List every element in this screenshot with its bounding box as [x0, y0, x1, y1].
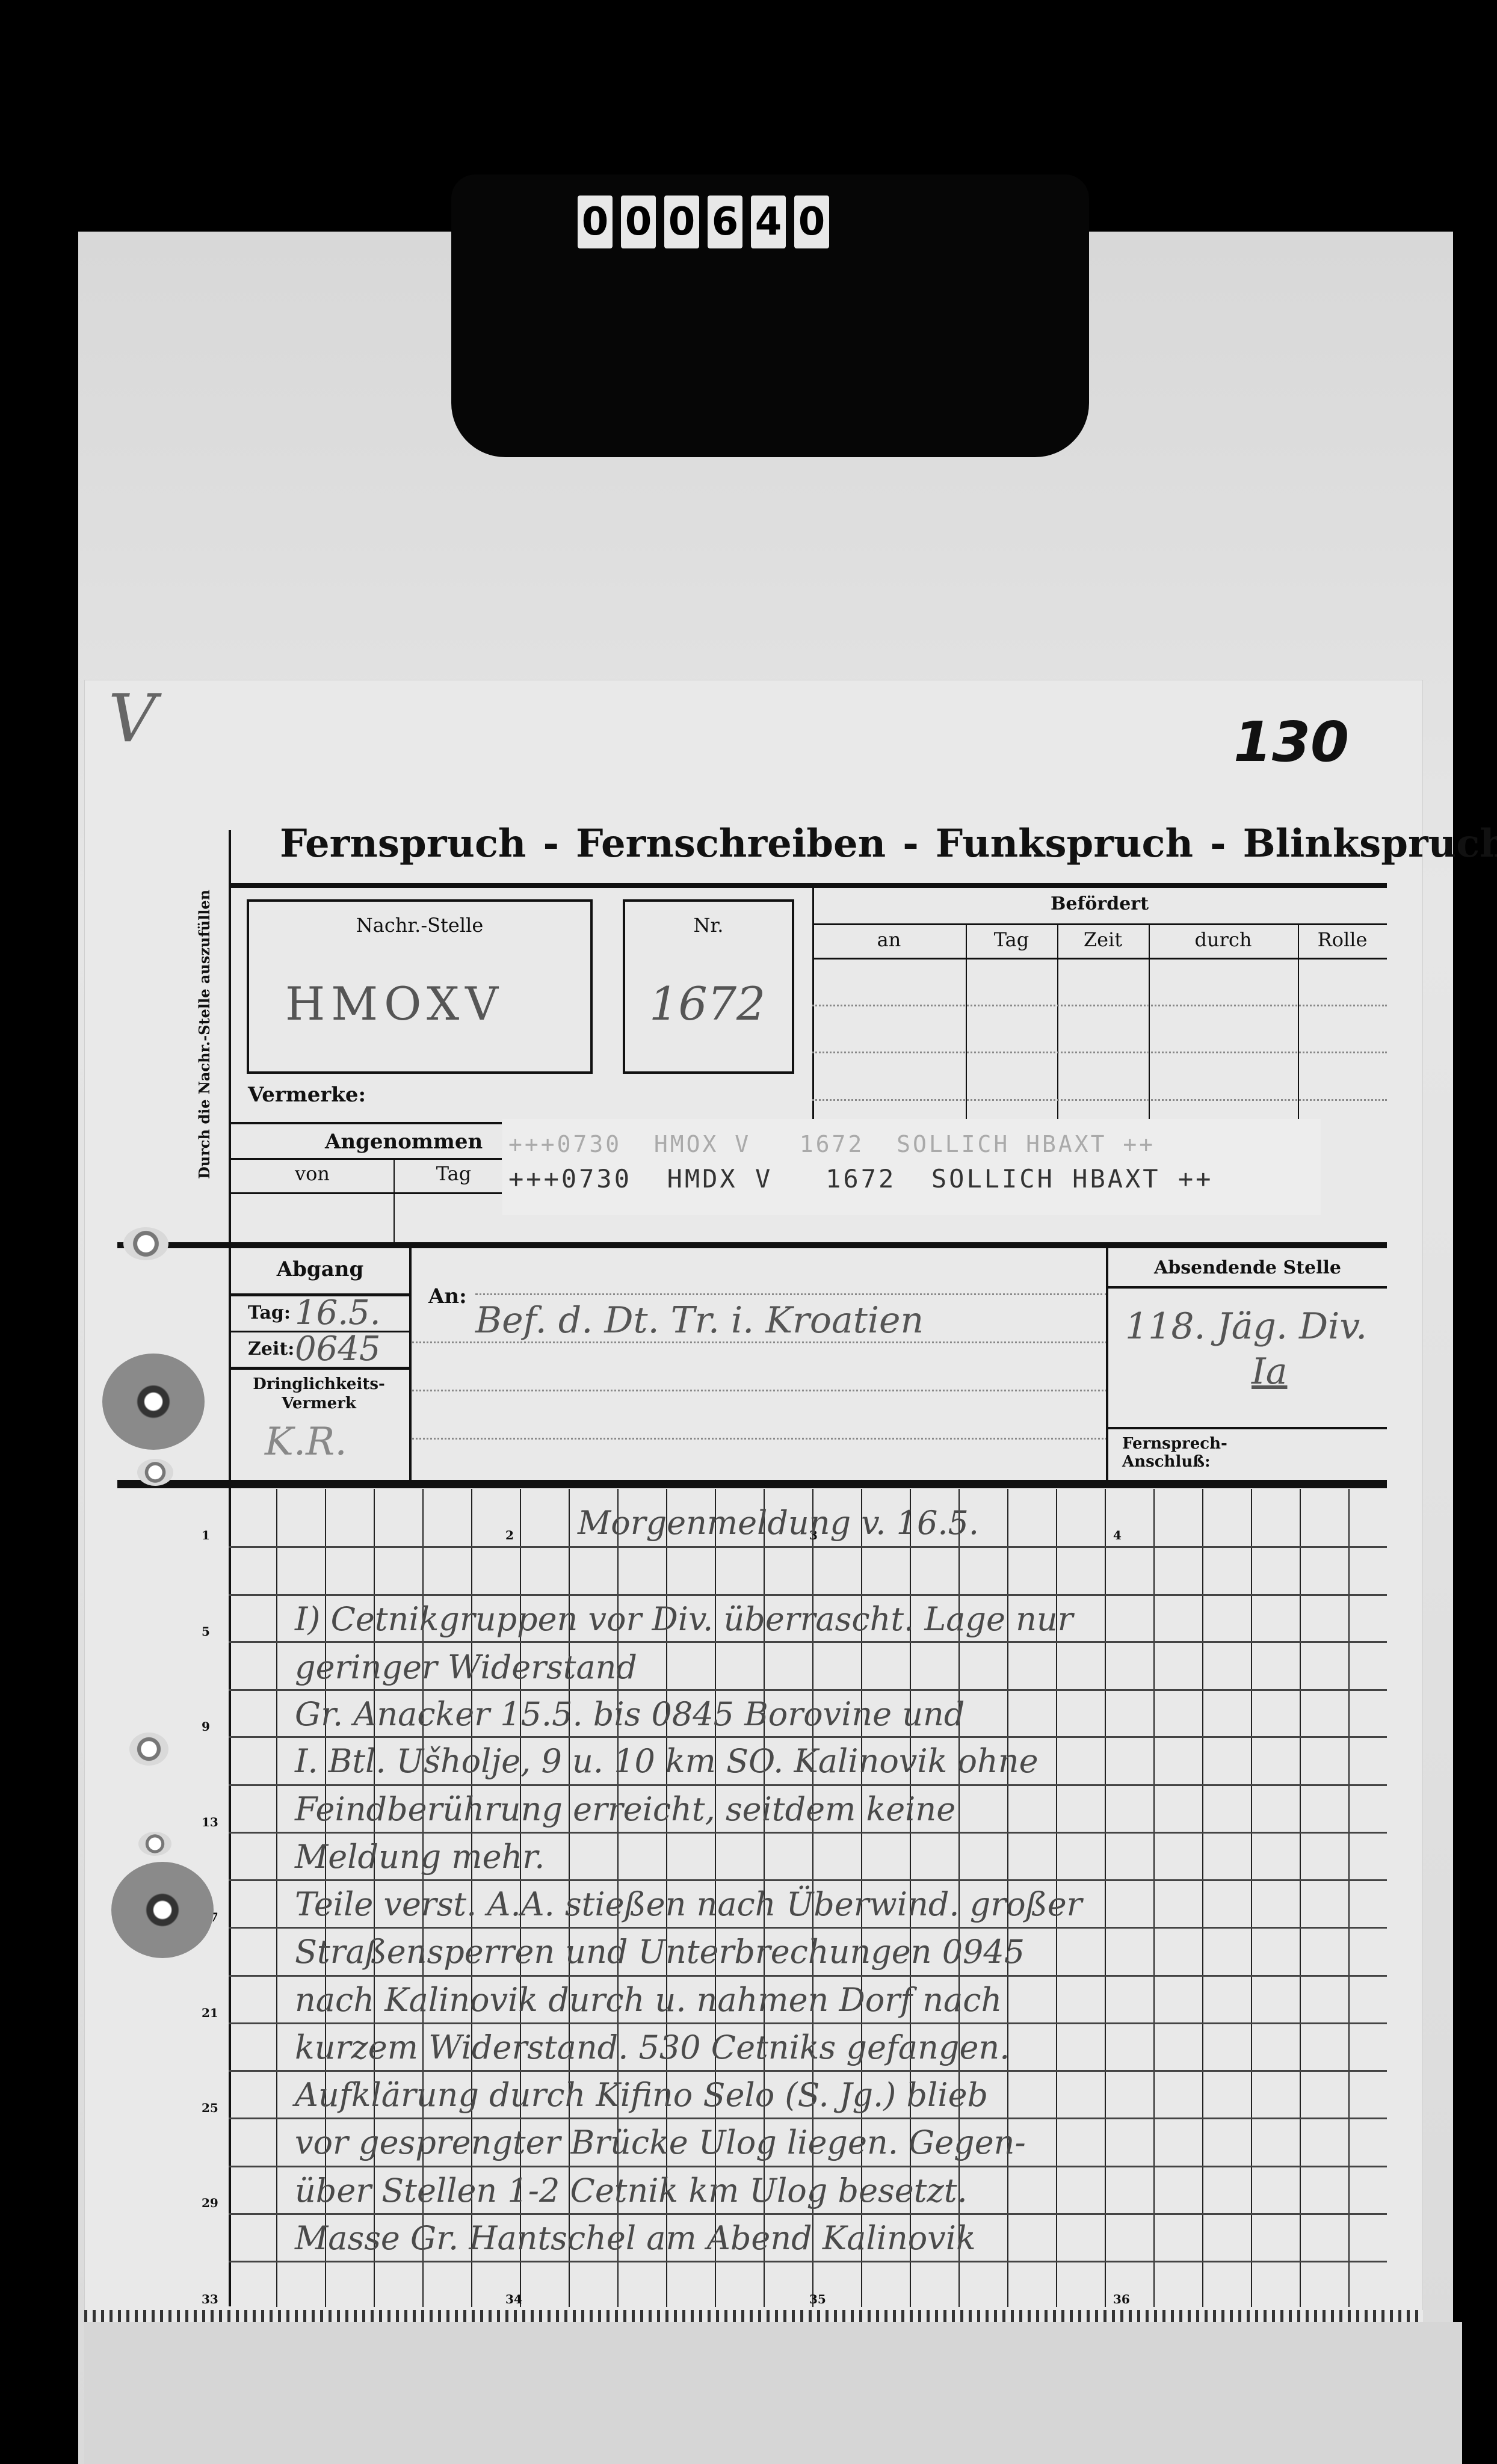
- rule: [229, 2022, 1387, 2024]
- absendende-stelle-label: Absendende Stelle: [1108, 1257, 1387, 1278]
- rule: [229, 1975, 1387, 1977]
- rule: [1149, 923, 1150, 1122]
- an-label: An:: [428, 1284, 467, 1308]
- rule: [229, 1641, 1387, 1643]
- row-number: 29: [202, 2196, 218, 2210]
- nr-box: Nr. 1672: [623, 899, 794, 1074]
- message-line: nach Kalinovik durch u. nahmen Dorf nach: [295, 1981, 1002, 2019]
- rule: [1108, 1427, 1387, 1429]
- page-number: 130: [1233, 710, 1349, 774]
- rule: [475, 1293, 1107, 1295]
- punch-hole: [129, 1732, 168, 1766]
- grid-number: 2: [505, 1528, 514, 1542]
- title-separator: -: [1210, 821, 1226, 866]
- punch-hole: [137, 1459, 173, 1486]
- rule: [812, 1052, 1387, 1053]
- grid-number: 4: [1113, 1528, 1122, 1542]
- rule: [1106, 1248, 1108, 1480]
- row-number: 13: [202, 1815, 218, 1829]
- dringlichkeit-value: K.R.: [265, 1420, 347, 1464]
- title-fernschreiben: Fernschreiben: [576, 821, 886, 866]
- col-rolle: Rolle: [1298, 928, 1387, 951]
- message-line: Gr. Anacker 15.5. bis 0845 Borovine und: [295, 1695, 965, 1733]
- nachr-stelle-box: Nachr.-Stelle HMOXV: [247, 899, 593, 1074]
- rule: [231, 1192, 502, 1194]
- col-an: an: [812, 928, 966, 951]
- counter-digit: 0: [578, 196, 613, 248]
- rule: [229, 1832, 1387, 1834]
- row-number: 5: [202, 1624, 210, 1639]
- rule: [229, 883, 1387, 888]
- rule: [231, 1158, 502, 1160]
- rule: [229, 1736, 1387, 1738]
- col-angenommen-tag: Tag: [394, 1162, 514, 1185]
- nachr-stelle-label: Nachr.-Stelle: [249, 914, 590, 937]
- nachr-stelle-value: HMOXV: [285, 977, 504, 1030]
- rule: [117, 1480, 1387, 1488]
- grid-number: 36: [1113, 2292, 1130, 2306]
- absendende-stelle-value: 118. Jäg. Div.: [1125, 1305, 1367, 1347]
- col-zeit: Zeit: [1057, 928, 1149, 951]
- grid-number: 35: [809, 2292, 826, 2306]
- row-number: 21: [202, 2006, 218, 2020]
- counter-digit: 4: [751, 196, 786, 248]
- side-note: Durch die Nachr.-Stelle auszufüllen: [196, 890, 213, 1179]
- col-tag: Tag: [966, 928, 1057, 951]
- title-separator: -: [903, 821, 919, 866]
- rule: [812, 923, 1387, 925]
- tag-label: Tag:: [248, 1302, 291, 1323]
- message-line: Meldung mehr.: [295, 1838, 545, 1876]
- teletype-strip: +++0730 HMOX V 1672 SOLLICH HBAXT ++ +++…: [502, 1119, 1321, 1215]
- message-line: Teile verst. A.A. stießen nach Überwind.…: [295, 1885, 1082, 1923]
- absendende-stelle-sub: Ia: [1252, 1351, 1287, 1393]
- vermerke-label: Vermerke:: [248, 1083, 366, 1107]
- rule: [229, 1689, 1387, 1691]
- row-number: 25: [202, 2101, 218, 2115]
- form-title: Fernspruch - Fernschreiben - Funkspruch …: [280, 821, 1497, 866]
- rule: [229, 2070, 1387, 2072]
- title-funkspruch: Funkspruch: [936, 821, 1193, 866]
- nr-label: Nr.: [625, 914, 792, 937]
- row-number: 1: [202, 1528, 210, 1542]
- counter-digit: 0: [794, 196, 829, 248]
- frame-counter: 0 0 0 6 4 0: [578, 196, 829, 248]
- rule: [229, 1879, 1387, 1881]
- counter-digit: 0: [664, 196, 699, 248]
- rule: [966, 923, 967, 1122]
- message-line: Aufklärung durch Kifino Selo (S. Jg.) bl…: [295, 2076, 988, 2114]
- rule: [229, 1488, 231, 2306]
- rule: [229, 1927, 1387, 1929]
- counter-digit: 0: [621, 196, 656, 248]
- row-number: 33: [202, 2292, 218, 2306]
- message-line: geringer Widerstand: [295, 1648, 637, 1686]
- an-value: Bef. d. Dt. Tr. i. Kroatien: [475, 1299, 924, 1341]
- title-separator: -: [543, 821, 559, 866]
- counter-digit: 6: [708, 196, 742, 248]
- rule: [812, 958, 1387, 959]
- rule: [412, 1341, 1107, 1343]
- teletype-line-faint: +++0730 HMOX V 1672 SOLLICH HBAXT ++: [508, 1131, 1155, 1157]
- message-line: Masse Gr. Hantschel am Abend Kalinovik: [295, 2219, 976, 2257]
- message-line: Straßensperren und Unterbrechungen 0945: [295, 1933, 1025, 1971]
- col-durch: durch: [1149, 928, 1298, 951]
- message-line: Feindberührung erreicht, seitdem keine: [295, 1790, 955, 1828]
- message-line: I) Cetnikgruppen vor Div. überrascht. La…: [295, 1600, 1073, 1638]
- angenommen-label: Angenommen: [325, 1130, 483, 1154]
- nr-value: 1672: [649, 977, 765, 1030]
- row-number: 9: [202, 1719, 210, 1734]
- rule: [1298, 923, 1299, 1122]
- abgang-label: Abgang: [231, 1257, 409, 1281]
- zeit-label: Zeit:: [248, 1338, 294, 1360]
- fernsprech-label: Fernsprech-Anschluß:: [1122, 1435, 1242, 1471]
- rule: [231, 1122, 502, 1124]
- rule: [229, 2166, 1387, 2167]
- message-line: über Stellen 1-2 Cetnik km Ulog besetzt.: [295, 2172, 968, 2210]
- grommet: [111, 1862, 214, 1958]
- rule: [229, 2213, 1387, 2215]
- rule: [117, 1242, 1387, 1248]
- message-line: I. Btl. Ušholje, 9 u. 10 km SO. Kalinovi…: [295, 1742, 1039, 1780]
- punch-hole: [123, 1227, 168, 1260]
- message-line: Morgenmeldung v. 16.5.: [578, 1504, 979, 1542]
- perforated-edge: [84, 2310, 1423, 2322]
- rule: [412, 1390, 1107, 1391]
- rule: [229, 2261, 1387, 2262]
- abgang-tag-value: 16.5.: [295, 1293, 381, 1332]
- rule: [229, 1594, 1387, 1596]
- rule: [229, 1784, 1387, 1786]
- grid-number: 34: [505, 2292, 522, 2306]
- teletype-line: +++0730 HMDX V 1672 SOLLICH HBAXT ++: [508, 1164, 1213, 1193]
- rule: [231, 1367, 409, 1370]
- title-blinkspruch: Blinkspruch: [1243, 821, 1497, 866]
- befoerdert-label: Befördert: [812, 893, 1387, 914]
- title-fernspruch: Fernspruch: [280, 821, 526, 866]
- message-line: kurzem Widerstand. 530 Cetniks gefangen.: [295, 2028, 1010, 2066]
- rule: [229, 2117, 1387, 2119]
- dringlichkeit-label: Dringlichkeits-Vermerk: [241, 1375, 397, 1413]
- rule: [409, 1248, 412, 1480]
- col-von: von: [231, 1162, 394, 1185]
- lower-sheet: [84, 2322, 1462, 2464]
- rule: [394, 1158, 395, 1242]
- grommet: [102, 1354, 205, 1450]
- rule: [812, 1099, 1387, 1101]
- corner-checkmark: V: [108, 680, 156, 757]
- message-line: vor gesprengter Brücke Ulog liegen. Gege…: [295, 2124, 1026, 2161]
- punch-hole: [138, 1832, 171, 1856]
- rule: [229, 1546, 1387, 1548]
- abgang-zeit-value: 0645: [295, 1329, 381, 1369]
- rule: [812, 1005, 1387, 1006]
- rule: [1057, 923, 1058, 1122]
- rule: [412, 1438, 1107, 1440]
- rule: [1108, 1286, 1387, 1289]
